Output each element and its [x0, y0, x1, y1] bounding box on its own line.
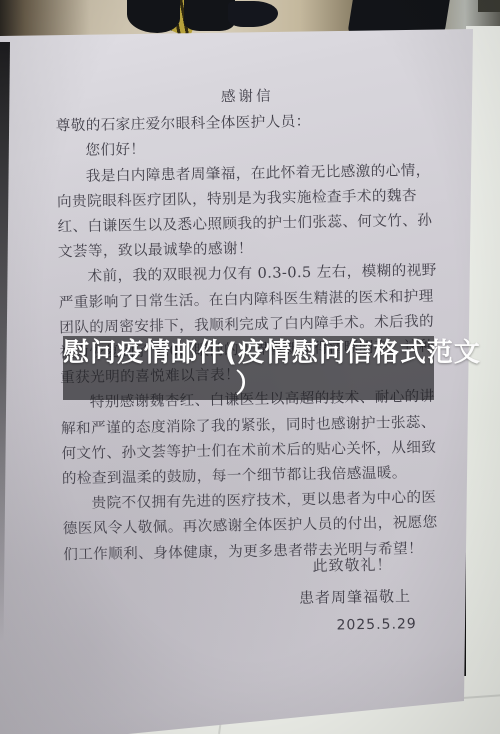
person-shoe — [228, 1, 278, 27]
caption-banner: 慰问疫情邮件(疫情慰问信格式范文 ） — [63, 336, 434, 400]
letter-greeting: 您们好！ — [56, 132, 440, 164]
letter-closing: 此致敬礼！ — [312, 554, 392, 576]
letter-title: 感谢信 — [55, 81, 439, 113]
photo-of-letter: 感谢信 尊敬的石家庄爱尔眼科全体医护人员： 您们好！ 我是白内障患者周肇福，在此… — [0, 0, 500, 734]
letter-paragraph: 特别感谢魏杏红、白谦医生以高超的技术、耐心的讲解和严谨的态度消除了我的紧张，同时… — [60, 384, 446, 491]
letter-salutation: 尊敬的石家庄爱尔眼科全体医护人员： — [56, 107, 440, 139]
letter-date: 2025.5.29 — [336, 616, 417, 633]
letter-paragraph: 贵院不仅拥有先进的医疗技术，更以患者为中心的医德医风令人敬佩。再次感谢全体医护人… — [62, 485, 447, 567]
letter-signature: 患者周肇福敬上 — [299, 585, 411, 608]
caption-text-line1: 慰问疫情邮件(疫情慰问信格式范文 — [63, 336, 434, 370]
letter-paragraph: 我是白内障患者周肇福，在此怀着无比感激的心情，向贵院眼科医疗团队，特别是为我实施… — [56, 157, 442, 264]
caption-text-line2: ） — [63, 370, 434, 398]
letter-body: 感谢信 尊敬的石家庄爱尔眼科全体医护人员： 您们好！ 我是白内障患者周肇福，在此… — [55, 81, 447, 567]
dark-corner — [478, 0, 500, 12]
person-leg — [127, 0, 180, 33]
